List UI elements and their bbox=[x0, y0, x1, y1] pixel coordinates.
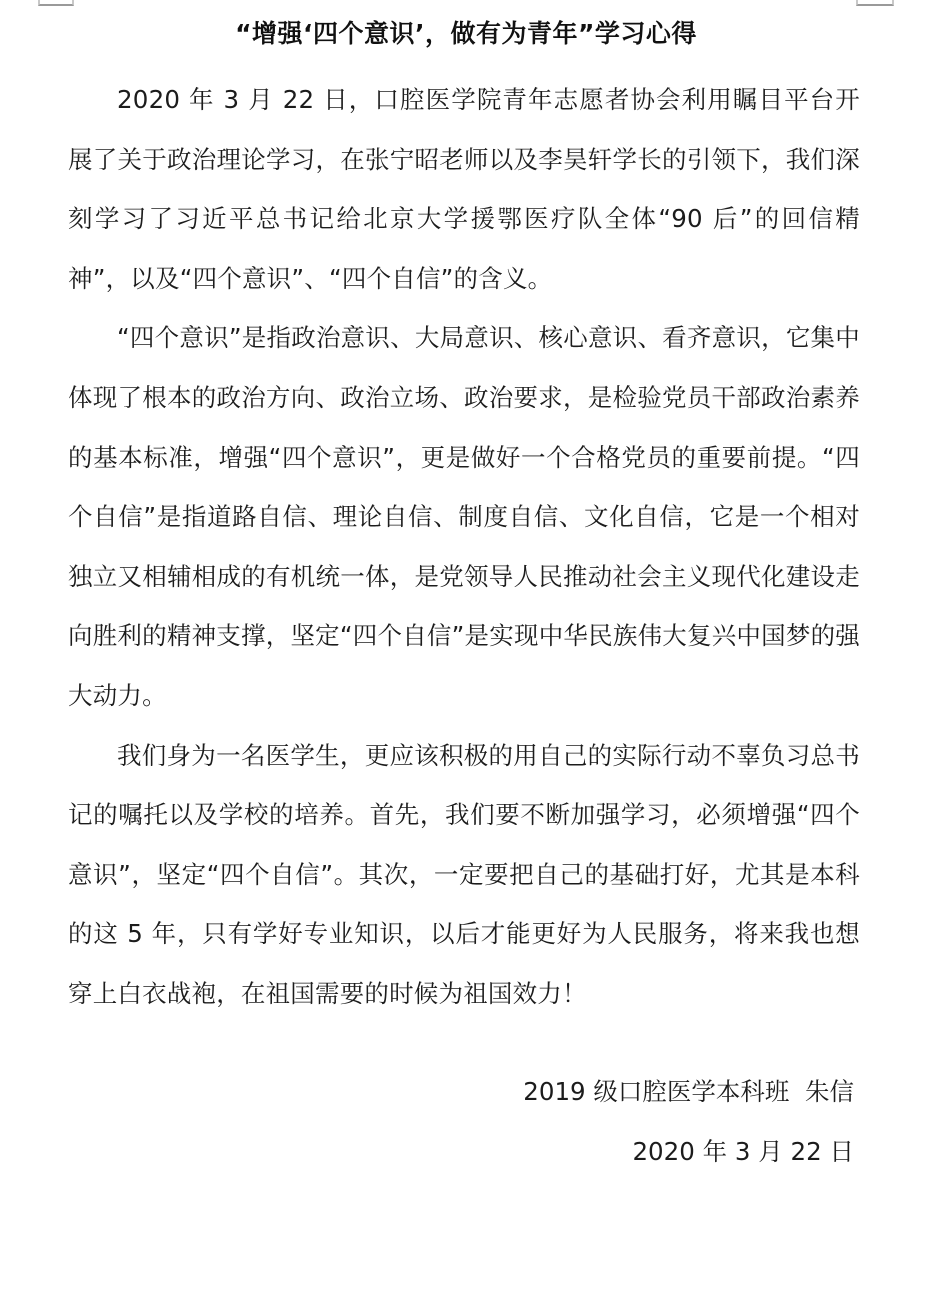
paragraph-1: 2020 年 3 月 22 日，口腔医学院青年志愿者协会利用瞩目平台开展了关于政… bbox=[68, 70, 860, 308]
document-title: “增强‘四个意识’，做有为青年”学习心得 bbox=[0, 14, 932, 50]
crop-mark-right bbox=[856, 0, 894, 6]
document-page: “增强‘四个意识’，做有为青年”学习心得 2020 年 3 月 22 日，口腔医… bbox=[0, 0, 932, 1292]
paragraph-2: “四个意识”是指政治意识、大局意识、核心意识、看齐意识，它集中体现了根本的政治方… bbox=[68, 308, 860, 725]
signature-author: 2019 级口腔医学本科班 朱信 bbox=[523, 1073, 854, 1108]
crop-mark-left bbox=[38, 0, 74, 6]
paragraph-3: 我们身为一名医学生，更应该积极的用自己的实际行动不辜负习总书记的嘱托以及学校的培… bbox=[68, 726, 860, 1024]
document-body: 2020 年 3 月 22 日，口腔医学院青年志愿者协会利用瞩目平台开展了关于政… bbox=[68, 70, 860, 1024]
signature-date: 2020 年 3 月 22 日 bbox=[632, 1133, 854, 1168]
